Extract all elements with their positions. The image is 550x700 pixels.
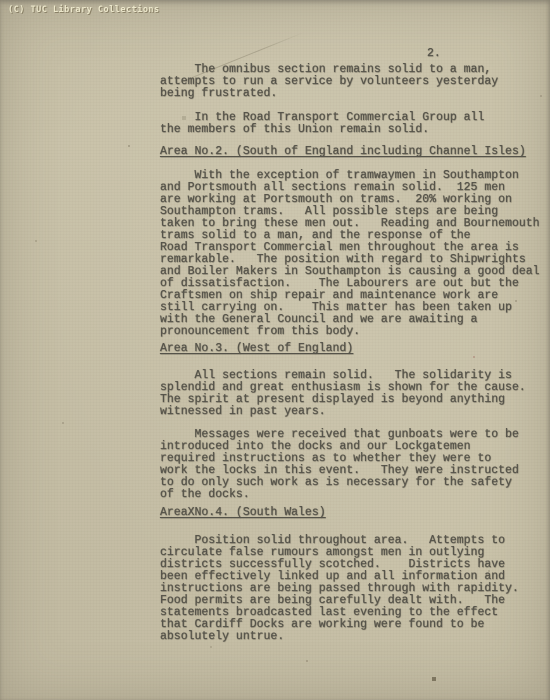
library-copyright-watermark: (C) TUC Library Collections	[8, 5, 160, 15]
paragraph-omnibus-section: The omnibus section remains solid to a m…	[160, 64, 498, 100]
paragraph-area-no2-report: With the exception of tramwaymen in Sout…	[160, 170, 540, 338]
paragraph-area-no3-solidarity: All sections remain solid. The solidarit…	[160, 370, 526, 418]
paragraph-area-no3-gunboats: Messages were received that gunboats wer…	[160, 429, 519, 501]
scanned-document-page: (C) TUC Library Collections 2. The omnib…	[0, 0, 550, 700]
heading-area-no3-west-of-england: Area No.3. (West of England)	[160, 343, 353, 355]
paragraph-road-transport-group: In the Road Transport Commercial Group a…	[160, 112, 484, 136]
heading-area-no2-south-of-england: Area No.2. (South of England including C…	[160, 146, 526, 158]
paper-specks	[0, 0, 2, 2]
page-number: 2.	[427, 48, 441, 60]
heading-area-no4-south-wales: AreaXNo.4. (South Wales)	[160, 507, 326, 519]
paragraph-area-no4-report: Position solid throughout area. Attempts…	[160, 535, 519, 643]
